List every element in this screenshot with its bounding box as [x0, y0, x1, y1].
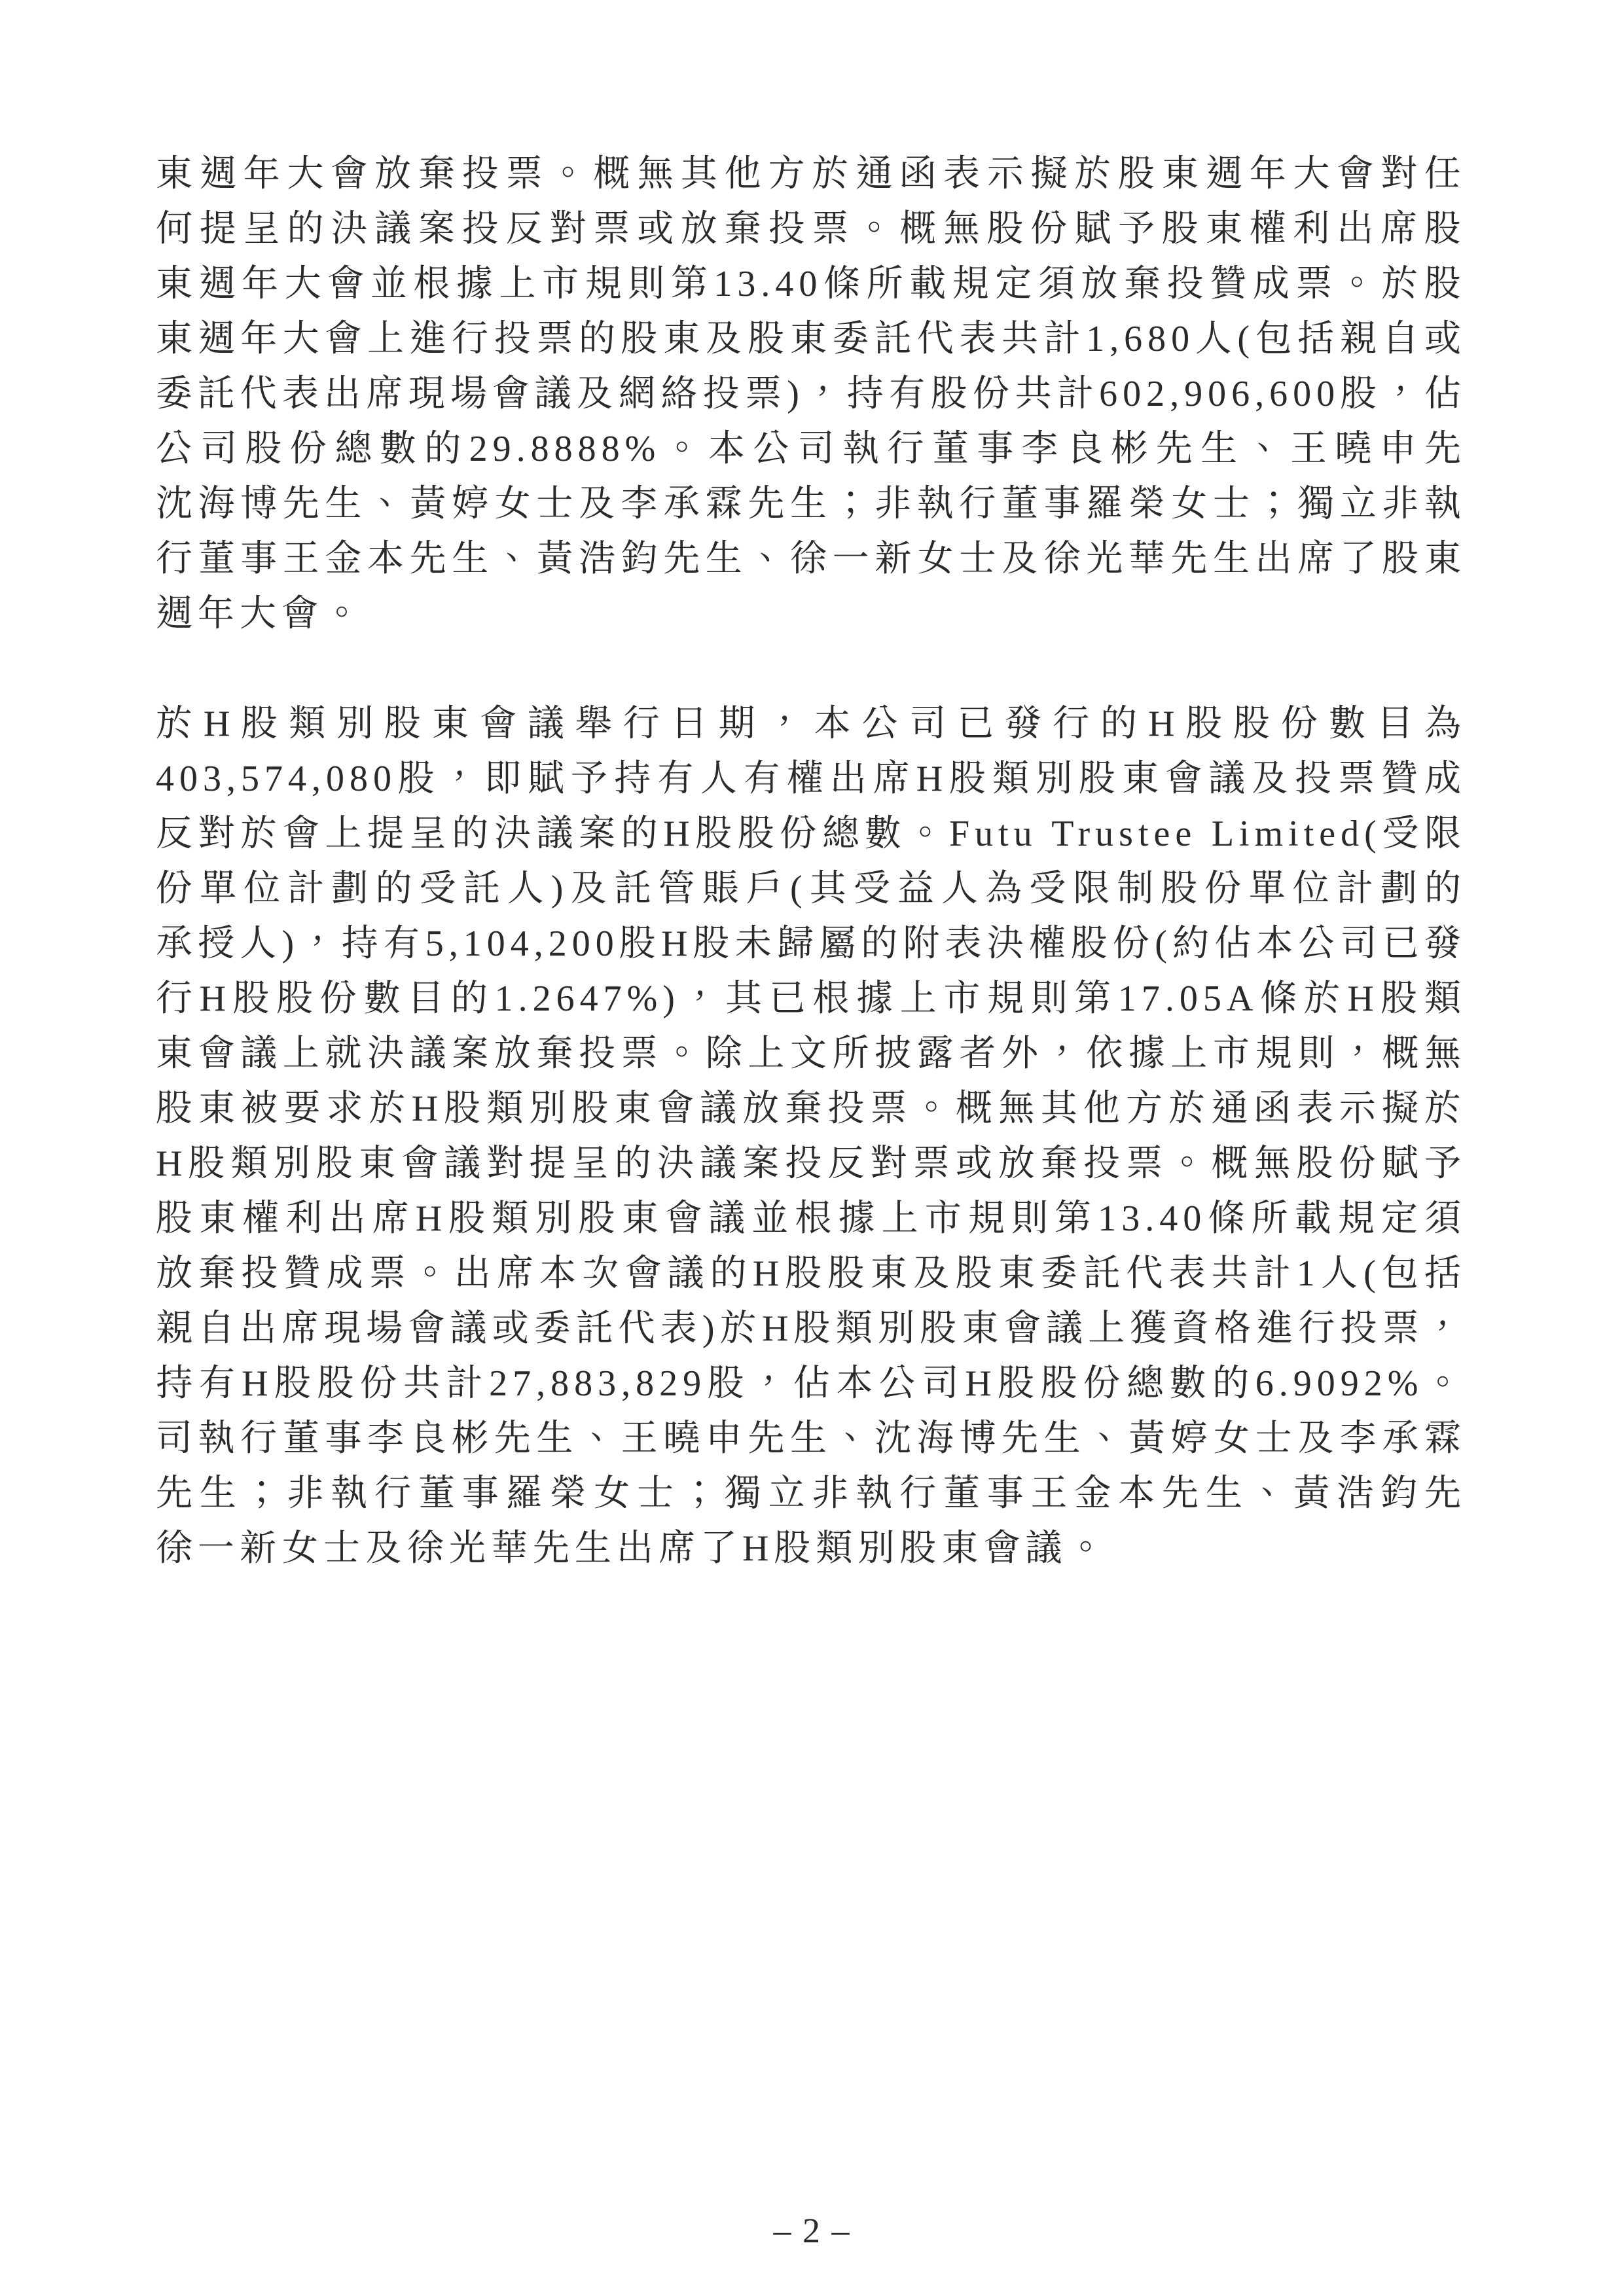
text-line: 何提呈的決議案投反對票或放棄投票。概無股份賦予股東權利出席股	[156, 202, 1466, 257]
text-line: 親自出席現場會議或委託代表)於H股類別股東會議上獲資格進行投票，	[156, 1301, 1466, 1356]
text-line: 行H股股份數目的1.2647%)，其已根據上市規則第17.05A條於H股類別股	[156, 971, 1466, 1026]
text-line: 於H股類別股東會議舉行日期，本公司已發行的H股股份數目為	[156, 696, 1466, 751]
text-line: 東週年大會放棄投票。概無其他方於通函表示擬於股東週年大會對任	[156, 147, 1466, 202]
page-number: – 2 –	[0, 2211, 1624, 2250]
text-line: 承授人)，持有5,104,200股H股未歸屬的附表決權股份(約佔本公司已發	[156, 916, 1466, 971]
text-line: 週年大會。	[156, 586, 1466, 641]
text-line: 行董事王金本先生、黃浩鈞先生、徐一新女士及徐光華先生出席了股東	[156, 531, 1466, 586]
text-line: 股東權利出席H股類別股東會議並根據上市規則第13.40條所載規定須	[156, 1191, 1466, 1246]
text-line: 司執行董事李良彬先生、王曉申先生、沈海博先生、黃婷女士及李承霖	[156, 1411, 1466, 1466]
text-line: 反對於會上提呈的決議案的H股股份總數。Futu Trustee Limited(…	[156, 806, 1466, 861]
text-line: 放棄投贊成票。出席本次會議的H股股東及股東委託代表共計1人(包括	[156, 1246, 1466, 1301]
text-line: 份單位計劃的受託人)及託管賬戶(其受益人為受限制股份單位計劃的	[156, 861, 1466, 916]
text-line: 東週年大會並根據上市規則第13.40條所載規定須放棄投贊成票。於股	[156, 257, 1466, 312]
text-line: 東週年大會上進行投票的股東及股東委託代表共計1,680人(包括親自或	[156, 312, 1466, 367]
document-page: 東週年大會放棄投票。概無其他方於通函表示擬於股東週年大會對任 何提呈的決議案投反…	[0, 0, 1624, 2296]
paragraph-h-share-class-meeting: 於H股類別股東會議舉行日期，本公司已發行的H股股份數目為 403,574,080…	[156, 696, 1466, 1576]
text-line: 公司股份總數的29.8888%。本公司執行董事李良彬先生、王曉申先生、	[156, 422, 1466, 476]
text-line: 先生；非執行董事羅榮女士；獨立非執行董事王金本先生、黃浩鈞先生、	[156, 1466, 1466, 1521]
text-line: 股東被要求於H股類別股東會議放棄投票。概無其他方於通函表示擬於	[156, 1081, 1466, 1136]
text-line: 委託代表出席現場會議及網絡投票)，持有股份共計602,906,600股，佔本	[156, 367, 1466, 422]
text-line: 持有H股股份共計27,883,829股，佔本公司H股股份總數的6.9092%。本…	[156, 1356, 1466, 1411]
text-line: 沈海博先生、黃婷女士及李承霖先生；非執行董事羅榮女士；獨立非執	[156, 476, 1466, 531]
paragraph-agm-voting: 東週年大會放棄投票。概無其他方於通函表示擬於股東週年大會對任 何提呈的決議案投反…	[156, 147, 1466, 641]
text-line: H股類別股東會議對提呈的決議案投反對票或放棄投票。概無股份賦予	[156, 1136, 1466, 1191]
text-line: 徐一新女士及徐光華先生出席了H股類別股東會議。	[156, 1521, 1466, 1576]
text-line: 403,574,080股，即賦予持有人有權出席H股類別股東會議及投票贊成或	[156, 751, 1466, 806]
text-line: 東會議上就決議案放棄投票。除上文所披露者外，依據上市規則，概無	[156, 1026, 1466, 1081]
text-block: 東週年大會放棄投票。概無其他方於通函表示擬於股東週年大會對任 何提呈的決議案投反…	[156, 147, 1466, 1576]
